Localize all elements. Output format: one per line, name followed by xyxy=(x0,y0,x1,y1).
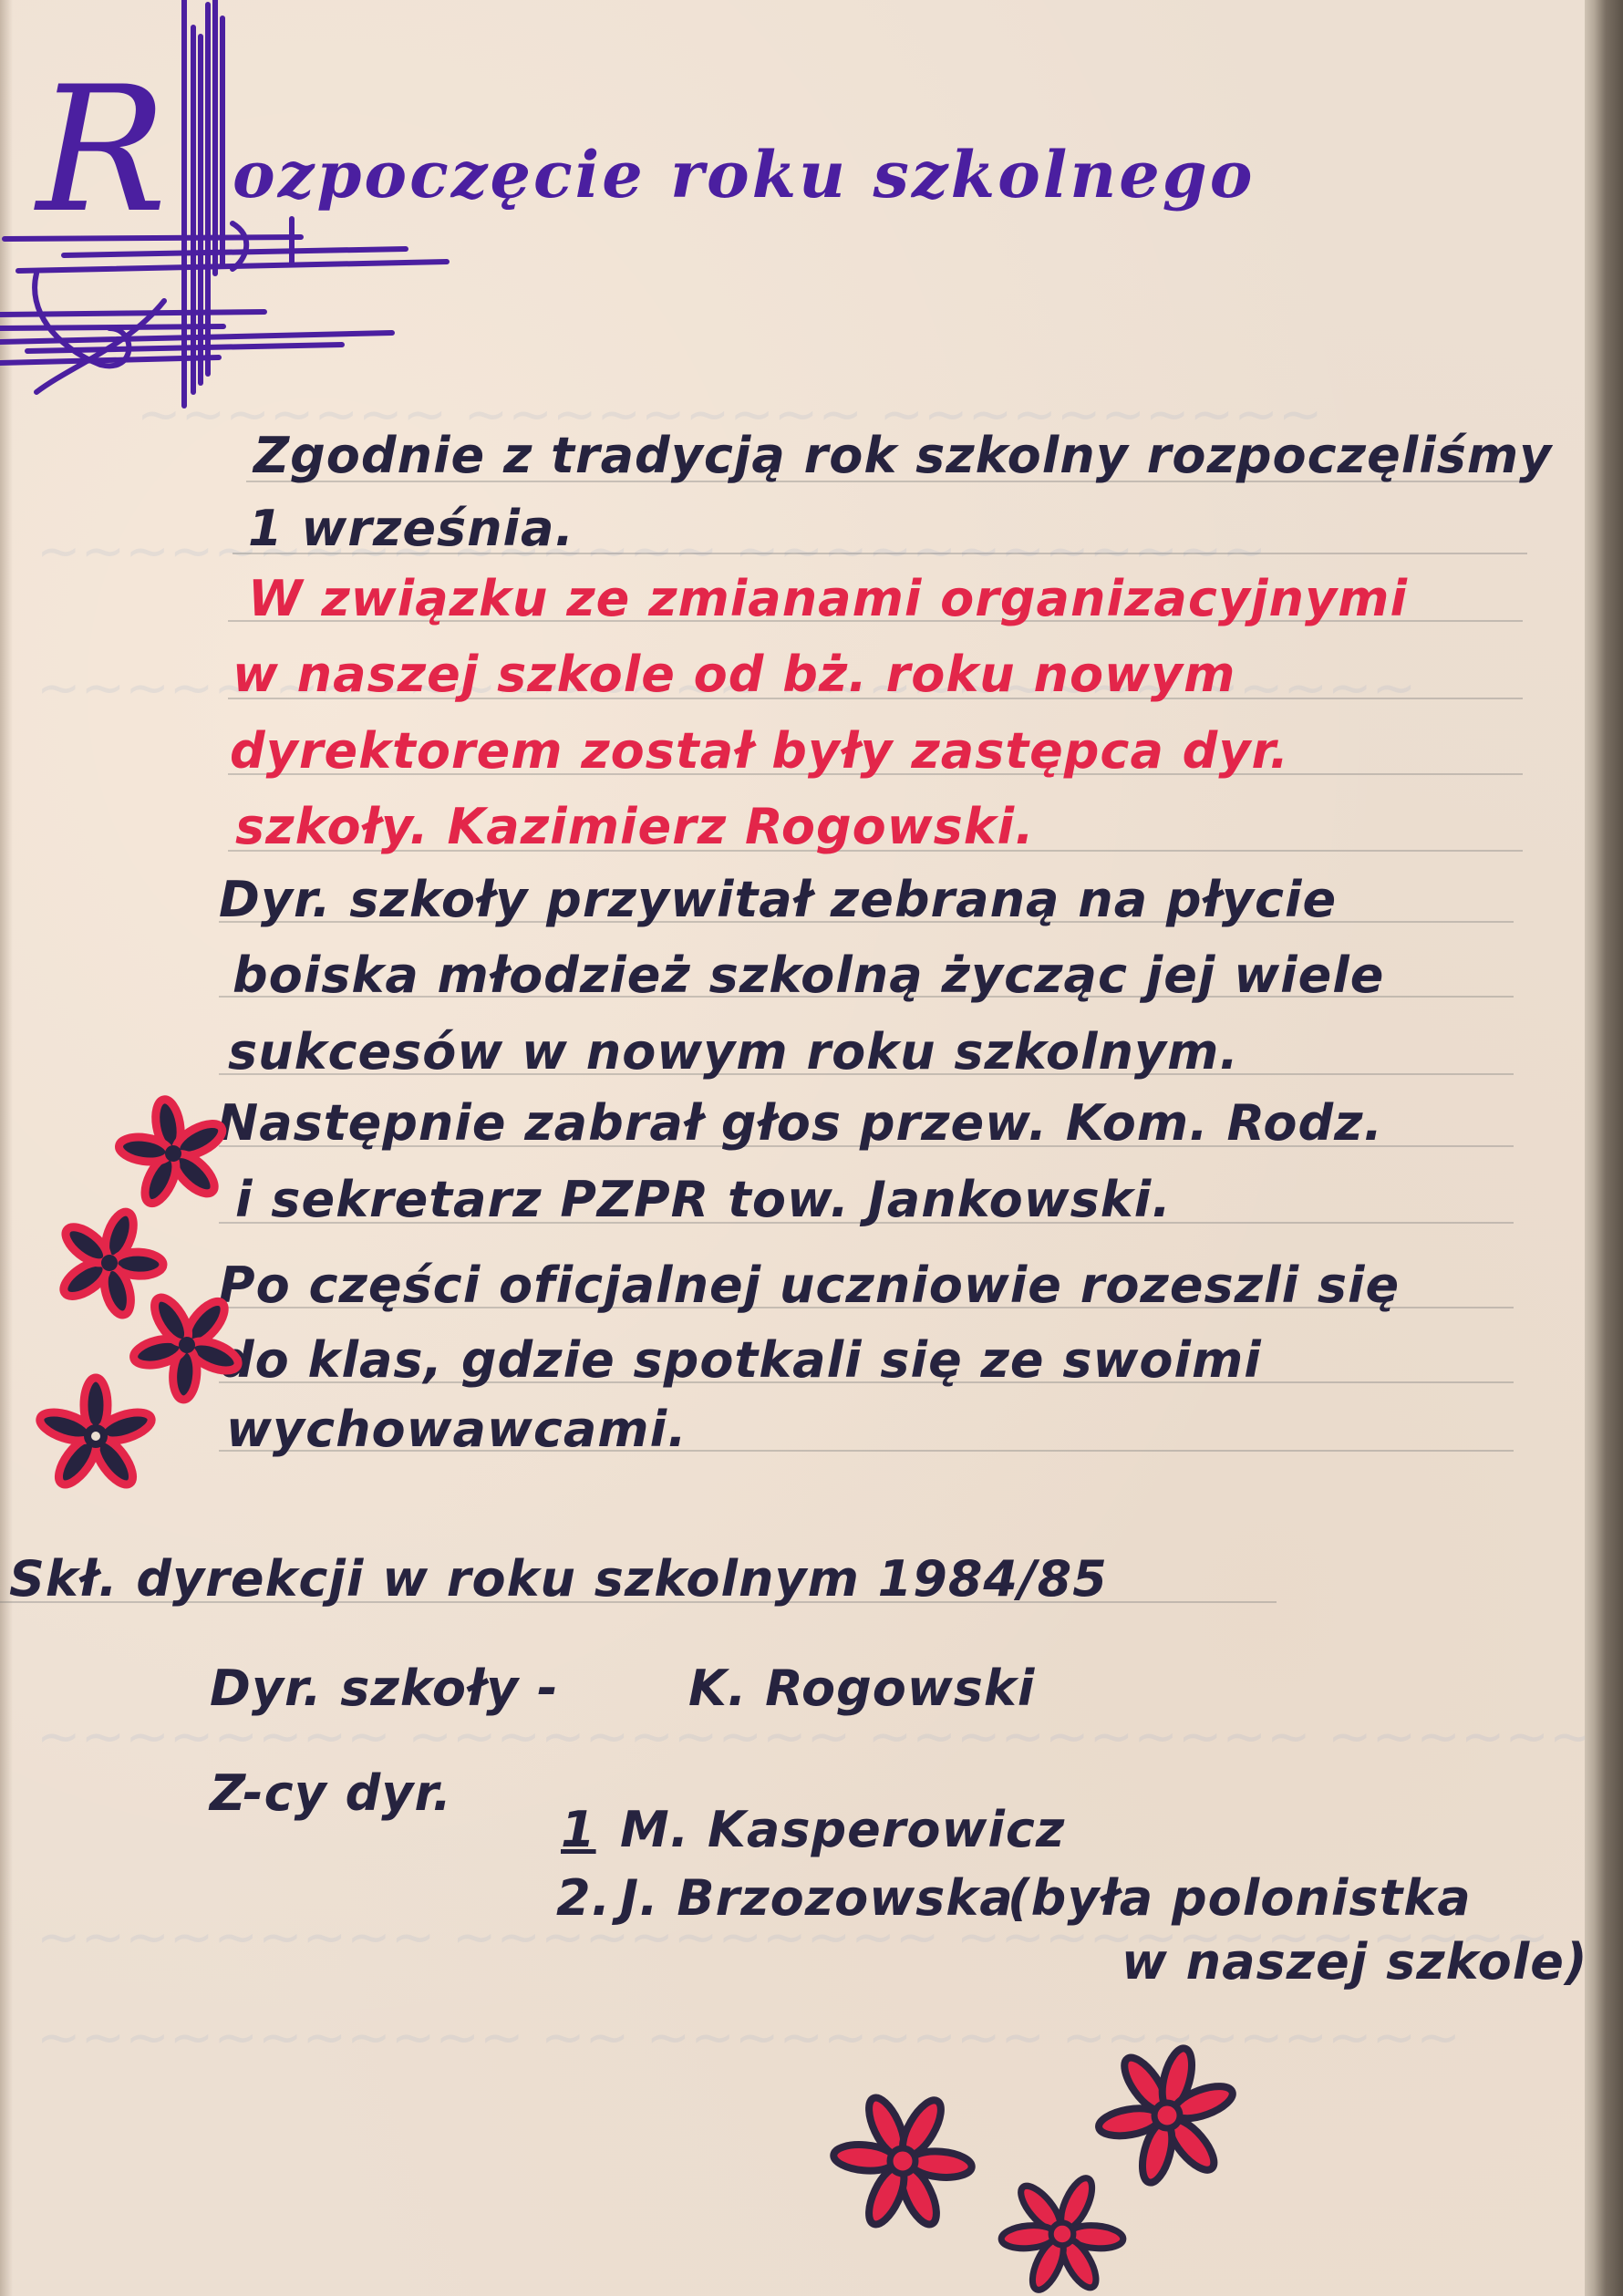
flower-icon xyxy=(32,1372,160,1500)
deputy-2-note-line-1: (była polonistka xyxy=(1008,1869,1472,1927)
deputy-2-number: 2. xyxy=(556,1869,611,1927)
greeting-line-6: Po części oficjalnej uczniowie rozeszli … xyxy=(219,1257,1400,1314)
deputy-2-note-line-2: w naszej szkole) xyxy=(1122,1933,1585,1991)
greeting-line-8: wychowawcami. xyxy=(226,1401,687,1458)
greeting-line-1: Dyr. szkoły przywitał zebraną na płycie xyxy=(219,871,1337,928)
flower-icon xyxy=(114,1094,233,1213)
deputy-1-name: M. Kasperowicz xyxy=(620,1801,1065,1858)
directorate-heading: Skł. dyrekcji w roku szkolnym 1984/85 xyxy=(9,1550,1108,1608)
deputies-label: Z-cy dyr. xyxy=(210,1764,452,1822)
page-title: ozpoczęcie roku szkolnego xyxy=(233,137,1255,212)
director-label: Dyr. szkoły - xyxy=(210,1660,559,1717)
deputy-1-number: 1 xyxy=(561,1801,596,1858)
notice-line-3: dyrektorem został były zastępca dyr. xyxy=(230,722,1289,780)
notice-line-4: szkoły. Kazimierz Rogowski. xyxy=(235,798,1035,855)
notice-line-1: W związku ze zmianami organizacyjnymi xyxy=(248,570,1408,627)
greeting-line-7: do klas, gdzie spotkali się ze swoimi xyxy=(219,1331,1262,1389)
bleed-through-texture: ~~~~~~~~~~~ ~~ ~~~~~~~~~ ~~~~~~~~~ xyxy=(36,2006,1461,2068)
title-initial-letter: R xyxy=(36,64,167,237)
page-edge xyxy=(1585,0,1623,2296)
intro-line-1: Zgodnie z tradycją rok szkolny rozpoczęl… xyxy=(253,427,1552,484)
greeting-line-3: sukcesów w nowym roku szkolnym. xyxy=(228,1023,1239,1081)
intro-line-2: 1 września. xyxy=(248,500,574,557)
notebook-page: ~~~~~~~ ~~~~~~~~~ ~~~~~~~~~~ ~~~~~~~~~ ~… xyxy=(0,0,1585,2296)
director-name: K. Rogowski xyxy=(688,1660,1035,1717)
greeting-line-5: i sekretarz PZPR tow. Jankowski. xyxy=(235,1171,1172,1228)
flower-icon xyxy=(825,2084,980,2239)
flower-icon xyxy=(1090,2038,1245,2193)
greeting-line-2: boiska młodzież szkolną życząc jej wiele xyxy=(233,946,1384,1004)
notice-line-2: w naszej szkole od bż. roku nowym xyxy=(233,646,1235,703)
deputy-2-name: J. Brzozowska xyxy=(620,1869,1014,1927)
greeting-line-4: Następnie zabrał głos przew. Kom. Rodz. xyxy=(217,1094,1383,1152)
